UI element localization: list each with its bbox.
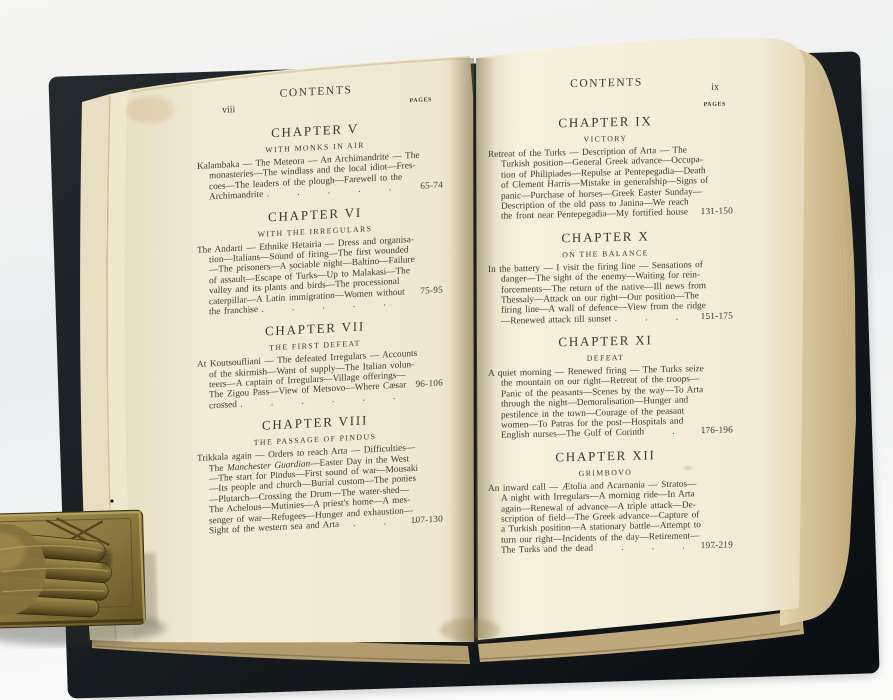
pages-column-label: PAGES bbox=[703, 102, 726, 109]
page-range: 151-175 bbox=[701, 311, 733, 322]
chapter-summary: At Koutsoufliani — The defeated Irregula… bbox=[197, 348, 443, 412]
page-number: viii bbox=[222, 104, 235, 116]
chapter-title: CHAPTER IX bbox=[488, 111, 733, 132]
chapter-summary: An inward call — Ætolia and Acarnania — … bbox=[488, 478, 733, 556]
chapter-subtitle: GRIMBOVO bbox=[488, 465, 733, 480]
book-photo: CONTENTS viii PAGES CHAPTER VWITH MONKS … bbox=[0, 0, 893, 700]
chapter-title: CHAPTER XI bbox=[488, 331, 733, 352]
right-page-header: CONTENTS ix PAGES bbox=[488, 74, 733, 108]
book-photo-art bbox=[0, 0, 893, 700]
chapter-summary: A quiet morning — Renewed firing — The T… bbox=[488, 364, 733, 442]
chapter-summary: In the battery — I visit the firing line… bbox=[488, 259, 733, 327]
chapter-summary: The Andarti — Ethnike Hetairia — Dress a… bbox=[197, 233, 443, 318]
page-range: 176-196 bbox=[701, 426, 733, 437]
gutter-bottom-stain bbox=[440, 618, 500, 642]
chapter-subtitle: DEFEAT bbox=[488, 351, 733, 366]
chapter-subtitle: ON THE BALANCE bbox=[488, 246, 733, 261]
brass-hand-clip bbox=[0, 510, 166, 648]
chapters: CHAPTER VWITH MONKS IN AIRKalambaka — Th… bbox=[197, 117, 443, 538]
chapter-summary: Trikkala again — Orders to reach Arta — … bbox=[197, 442, 443, 538]
page-range: 131-150 bbox=[701, 207, 733, 218]
chapter-summary: Retreat of the Turks — Description of Ar… bbox=[488, 144, 733, 222]
ink-speck bbox=[110, 499, 113, 502]
page-range: 197-219 bbox=[701, 541, 733, 552]
pages-column-label: PAGES bbox=[409, 97, 432, 104]
page-range: 107-130 bbox=[411, 515, 443, 527]
chapter-title: CHAPTER XII bbox=[488, 445, 733, 466]
page-range: 65-74 bbox=[420, 181, 443, 193]
right-page-text: CONTENTS ix PAGES CHAPTER IXVICTORYRetre… bbox=[488, 74, 733, 556]
chapters: CHAPTER IXVICTORYRetreat of the Turks — … bbox=[488, 111, 733, 556]
left-page-text: CONTENTS viii PAGES CHAPTER VWITH MONKS … bbox=[197, 80, 443, 538]
chapter-title: CHAPTER X bbox=[488, 226, 733, 247]
age-stain bbox=[126, 96, 174, 124]
chapter-subtitle: VICTORY bbox=[488, 131, 733, 146]
chapter-summary: Kalambaka — The Meteora — An Archimandri… bbox=[197, 150, 443, 204]
gutter-shadow-left bbox=[450, 58, 474, 642]
page-number: ix bbox=[711, 82, 719, 93]
